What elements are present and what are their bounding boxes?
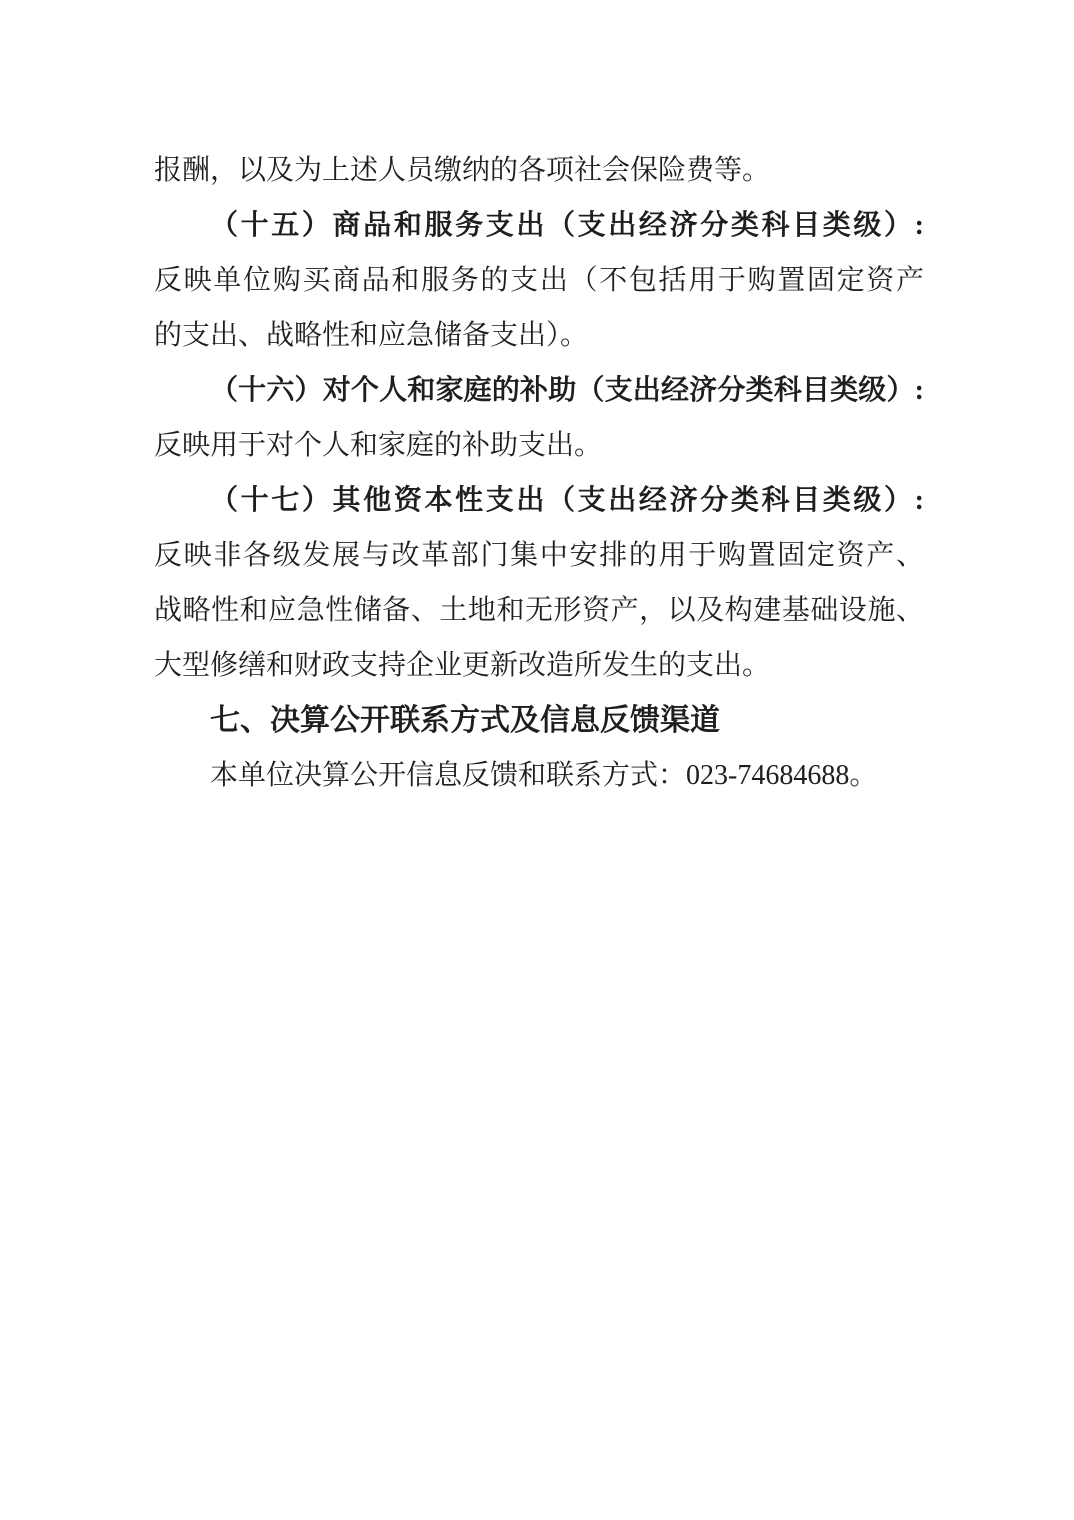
item-17-heading: （十七）其他资本性支出（支出经济分类科目类级）: bbox=[154, 473, 924, 528]
item-16-body-line-1: 反映用于对个人和家庭的补助支出。 bbox=[154, 418, 924, 473]
item-15-heading: （十五）商品和服务支出（支出经济分类科目类级）: bbox=[154, 198, 924, 253]
item-17-body-line-2: 战略性和应急性储备、土地和无形资产，以及构建基础设施、 bbox=[154, 583, 924, 638]
item-16-heading: （十六）对个人和家庭的补助（支出经济分类科目类级）: bbox=[154, 363, 924, 418]
item-17-body-line-3: 大型修缮和财政支持企业更新改造所发生的支出。 bbox=[154, 638, 924, 693]
contact-info-line: 本单位决算公开信息反馈和联系方式：023-74684688。 bbox=[154, 748, 924, 803]
document-text-content: 报酬，以及为上述人员缴纳的各项社会保险费等。（十五）商品和服务支出（支出经济分类… bbox=[154, 143, 924, 803]
item-15-body-line-1: 反映单位购买商品和服务的支出（不包括用于购置固定资产 bbox=[154, 253, 924, 308]
section-7-heading: 七、决算公开联系方式及信息反馈渠道 bbox=[154, 693, 924, 748]
item-15-body-line-2: 的支出、战略性和应急储备支出）。 bbox=[154, 308, 924, 363]
item-17-body-line-1: 反映非各级发展与改革部门集中安排的用于购置固定资产、 bbox=[154, 528, 924, 583]
document-page: 报酬，以及为上述人员缴纳的各项社会保险费等。（十五）商品和服务支出（支出经济分类… bbox=[0, 0, 1074, 1520]
paragraph-14-continuation: 报酬，以及为上述人员缴纳的各项社会保险费等。 bbox=[154, 143, 924, 198]
